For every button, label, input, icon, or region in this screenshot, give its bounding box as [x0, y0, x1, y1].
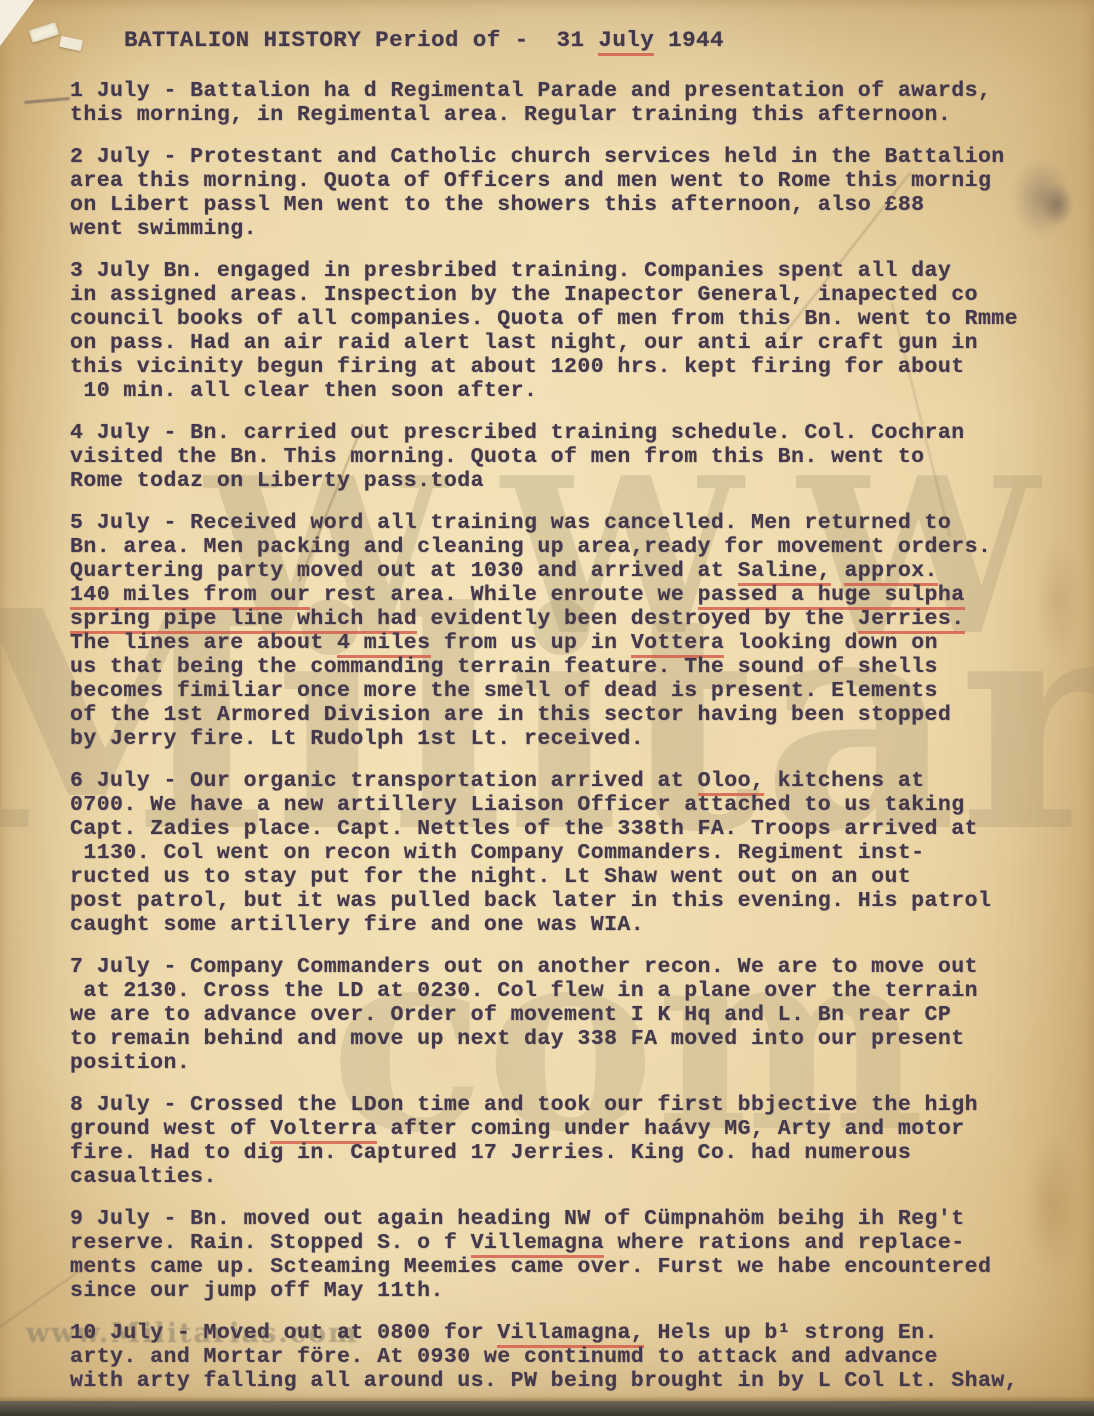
red-underlined-text: approx. [844, 559, 937, 586]
text-segment: to remain behind and move up next day 33… [70, 1027, 965, 1051]
document-line: to remain behind and move up next day 33… [70, 1027, 1064, 1051]
text-segment: ructed us to stay put for the night. Lt … [70, 865, 911, 889]
text-segment: at 2130. Cross the LD at 0230. Col flew … [70, 979, 978, 1003]
document-line: 2 July - Protestant and Catholic church … [70, 145, 1064, 169]
document-line: becomes fimiliar once more the smell of … [70, 679, 1064, 703]
text-segment: The lines are about [70, 631, 337, 655]
text-segment: went swimming. [70, 217, 257, 241]
text-segment: with arty falling all around us. PW bein… [70, 1369, 1018, 1393]
text-segment: reserve. Rain. Stopped S. o f [70, 1231, 471, 1255]
text-segment: 6 July - Our organic transportation arri… [70, 769, 698, 793]
text-segment [831, 559, 844, 583]
red-underlined-text: Saline, [738, 559, 831, 586]
text-segment: caught some artillery fire and one was W… [70, 913, 644, 937]
text-segment: becomes fimiliar once more the smell of … [70, 679, 938, 703]
journal-entry-8-july: 8 July - Crossed the LDon time and took … [70, 1093, 1064, 1189]
text-segment: where rations and replace- [604, 1231, 965, 1255]
text-segment: 9 July - Bn. moved out again heading NW … [70, 1207, 965, 1231]
document-line: 9 July - Bn. moved out again heading NW … [70, 1207, 1064, 1231]
text-segment: 2 July - Protestant and Catholic church … [70, 145, 1005, 169]
journal-entry-9-july: 9 July - Bn. moved out again heading NW … [70, 1207, 1064, 1303]
text-segment: position. [70, 1051, 190, 1075]
text-segment: Hels up b¹ strong En. [644, 1321, 938, 1345]
text-segment: 5 July - Received word all training was … [70, 511, 951, 535]
text-segment: in assigned areas. Inspection by the Ina… [70, 283, 978, 307]
document-body: 1 July - Battalion ha d Regimental Parad… [70, 79, 1064, 1393]
text-segment: on Libert passl Men went to the showers … [70, 193, 925, 217]
journal-entry-5-july: 5 July - Received word all training was … [70, 511, 1064, 751]
document-line: 3 July Bn. engaged in presbribed trainin… [70, 259, 1064, 283]
document-line: 6 July - Our organic transportation arri… [70, 769, 1064, 793]
document-line: with arty falling all around us. PW bein… [70, 1369, 1064, 1393]
document-line: 5 July - Received word all training was … [70, 511, 1064, 535]
text-segment: by Jerry fire. Lt Rudolph 1st Lt. receiv… [70, 727, 644, 751]
red-underlined-text: Vottera [631, 631, 724, 658]
text-segment: Quartering party moved out at 1030 and a… [70, 559, 738, 583]
text-segment: we are to advance over. Order of movemen… [70, 1003, 951, 1027]
document-line: this vicinity begun firing at about 1200… [70, 355, 1064, 379]
text-segment: arty. and Mortar före. At 0930 we contin… [70, 1345, 938, 1369]
text-segment: Bn. area. Men packing and cleaning up ar… [70, 535, 991, 559]
text-segment: this vicinity begun firing at about 1200… [70, 355, 965, 379]
red-underlined-text: Volterra [270, 1117, 377, 1144]
document-line: 10 July - Moved out at 0800 for Villamag… [70, 1321, 1064, 1345]
red-underlined-text: Oloo, [698, 769, 765, 796]
document-line: 1 July - Battalion ha d Regimental Parad… [70, 79, 1064, 103]
text-segment: 3 July Bn. engaged in presbribed trainin… [70, 259, 951, 283]
document-line: position. [70, 1051, 1064, 1075]
document-line: on pass. Had an air raid alert last nigh… [70, 331, 1064, 355]
document-line: caught some artillery fire and one was W… [70, 913, 1064, 937]
text-segment: ments came up. Scteaming Meemies came ov… [70, 1255, 991, 1279]
document-line: Capt. Zadies place. Capt. Nettles of the… [70, 817, 1064, 841]
document-line: 8 July - Crossed the LDon time and took … [70, 1093, 1064, 1117]
text-segment: looking down on [724, 631, 938, 655]
document-title: BATTALION HISTORY Period of - 31 July 19… [124, 28, 1064, 52]
text-segment: 4 July - Bn. carried out prescribed trai… [70, 421, 965, 445]
text-segment: this morning, in Regimental area. Regula… [70, 103, 951, 127]
red-underlined-text: 140 miles from our [70, 583, 310, 610]
document-line: of the 1st Armored Division are in this … [70, 703, 1064, 727]
journal-entry-1-july: 1 July - Battalion ha d Regimental Parad… [70, 79, 1064, 127]
document-line: ments came up. Scteaming Meemies came ov… [70, 1255, 1064, 1279]
document-line: 10 min. all clear then soon after. [70, 379, 1064, 403]
text-segment: 10 min. all clear then soon after. [70, 379, 537, 403]
document-line: 7 July - Company Commanders out on anoth… [70, 955, 1064, 979]
document-line: ructed us to stay put for the night. Lt … [70, 865, 1064, 889]
red-underlined-text: 4 miles [337, 631, 430, 658]
document-line: we are to advance over. Order of movemen… [70, 1003, 1064, 1027]
text-segment: fire. Had to dig in. Captured 17 Jerries… [70, 1141, 911, 1165]
text-segment: 0700. We have a new artillery Liaison Of… [70, 793, 965, 817]
journal-entry-7-july: 7 July - Company Commanders out on anoth… [70, 955, 1064, 1075]
document-line: 0700. We have a new artillery Liaison Of… [70, 793, 1064, 817]
document-line: ground west of Volterra after coming und… [70, 1117, 1064, 1141]
text-segment: 8 July - Crossed the LDon time and took … [70, 1093, 978, 1117]
document-line: went swimming. [70, 217, 1064, 241]
red-underlined-text: July [598, 27, 654, 56]
text-segment: 7 July - Company Commanders out on anoth… [70, 955, 978, 979]
document-line: council books of all companies. Quota of… [70, 307, 1064, 331]
red-underlined-text: Villamagna, [497, 1321, 644, 1348]
document-line: visited the Bn. This morning. Quota of m… [70, 445, 1064, 469]
text-segment: ground west of [70, 1117, 270, 1141]
text-segment: of the 1st Armored Division are in this … [70, 703, 951, 727]
text-segment: evidently been destroyed by the [417, 607, 858, 631]
document-line: spring pipe line which had evidently bee… [70, 607, 1064, 631]
document-line: Rome todaz on Liberty pass.toda [70, 469, 1064, 493]
text-segment: since our jump off May 11th. [70, 1279, 444, 1303]
document-line: 4 July - Bn. carried out prescribed trai… [70, 421, 1064, 445]
document-line: post patrol, but it was pulled back late… [70, 889, 1064, 913]
journal-entry-4-july: 4 July - Bn. carried out prescribed trai… [70, 421, 1064, 493]
red-underlined-text: Jerries. [858, 607, 965, 634]
document-line: since our jump off May 11th. [70, 1279, 1064, 1303]
text-segment: area this morning. Quota of Officers and… [70, 169, 991, 193]
document-line: 140 miles from our rest area. While enro… [70, 583, 1064, 607]
document-line: casualties. [70, 1165, 1064, 1189]
text-segment: BATTALION HISTORY Period of - 31 [124, 27, 598, 53]
document-line: Quartering party moved out at 1030 and a… [70, 559, 1064, 583]
journal-entry-10-july: 10 July - Moved out at 0800 for Villamag… [70, 1321, 1064, 1393]
text-segment: casualties. [70, 1165, 217, 1189]
document-line: by Jerry fire. Lt Rudolph 1st Lt. receiv… [70, 727, 1064, 751]
text-segment: visited the Bn. This morning. Quota of m… [70, 445, 925, 469]
text-segment: 10 July - Moved out at 0800 for [70, 1321, 497, 1345]
document-line: at 2130. Cross the LD at 0230. Col flew … [70, 979, 1064, 1003]
text-segment: from us up in [431, 631, 631, 655]
document-line: area this morning. Quota of Officers and… [70, 169, 1064, 193]
red-underlined-text: Villemagna [471, 1231, 605, 1258]
red-underlined-text: spring pipe line which had [70, 607, 417, 634]
document-line: on Libert passl Men went to the showers … [70, 193, 1064, 217]
text-segment: on pass. Had an air raid alert last nigh… [70, 331, 978, 355]
text-segment: rest area. While enroute we [310, 583, 697, 607]
text-segment: 1 July - Battalion ha d Regimental Parad… [70, 79, 991, 103]
document-line: fire. Had to dig in. Captured 17 Jerries… [70, 1141, 1064, 1165]
journal-entry-2-july: 2 July - Protestant and Catholic church … [70, 145, 1064, 241]
text-segment: kitchens at [764, 769, 924, 793]
journal-entry-6-july: 6 July - Our organic transportation arri… [70, 769, 1064, 937]
text-segment: us that being the commanding terrain fea… [70, 655, 938, 679]
text-segment: post patrol, but it was pulled back late… [70, 889, 991, 913]
document-line: this morning, in Regimental area. Regula… [70, 103, 1064, 127]
text-segment: council books of all companies. Quota of… [70, 307, 1018, 331]
text-segment: 1944 [654, 27, 724, 53]
document-line: Bn. area. Men packing and cleaning up ar… [70, 535, 1064, 559]
document-line: in assigned areas. Inspection by the Ina… [70, 283, 1064, 307]
document-line: us that being the commanding terrain fea… [70, 655, 1064, 679]
text-segment: Capt. Zadies place. Capt. Nettles of the… [70, 817, 978, 841]
document-line: reserve. Rain. Stopped S. o f Villemagna… [70, 1231, 1064, 1255]
document-content: BATTALION HISTORY Period of - 31 July 19… [70, 28, 1064, 1411]
document-line: The lines are about 4 miles from us up i… [70, 631, 1064, 655]
red-underlined-text: passed a huge sulpha [698, 583, 965, 610]
journal-entry-3-july: 3 July Bn. engaged in presbribed trainin… [70, 259, 1064, 403]
document-line: arty. and Mortar före. At 0930 we contin… [70, 1345, 1064, 1369]
document-line: 1130. Col went on recon with Company Com… [70, 841, 1064, 865]
scanned-document-page: WWW Militarias com www.Militarias.com BA… [0, 0, 1094, 1416]
text-segment: Rome todaz on Liberty pass.toda [70, 469, 484, 493]
text-segment: 1130. Col went on recon with Company Com… [70, 841, 925, 865]
text-segment: after coming under haávy MG, Arty and mo… [377, 1117, 965, 1141]
